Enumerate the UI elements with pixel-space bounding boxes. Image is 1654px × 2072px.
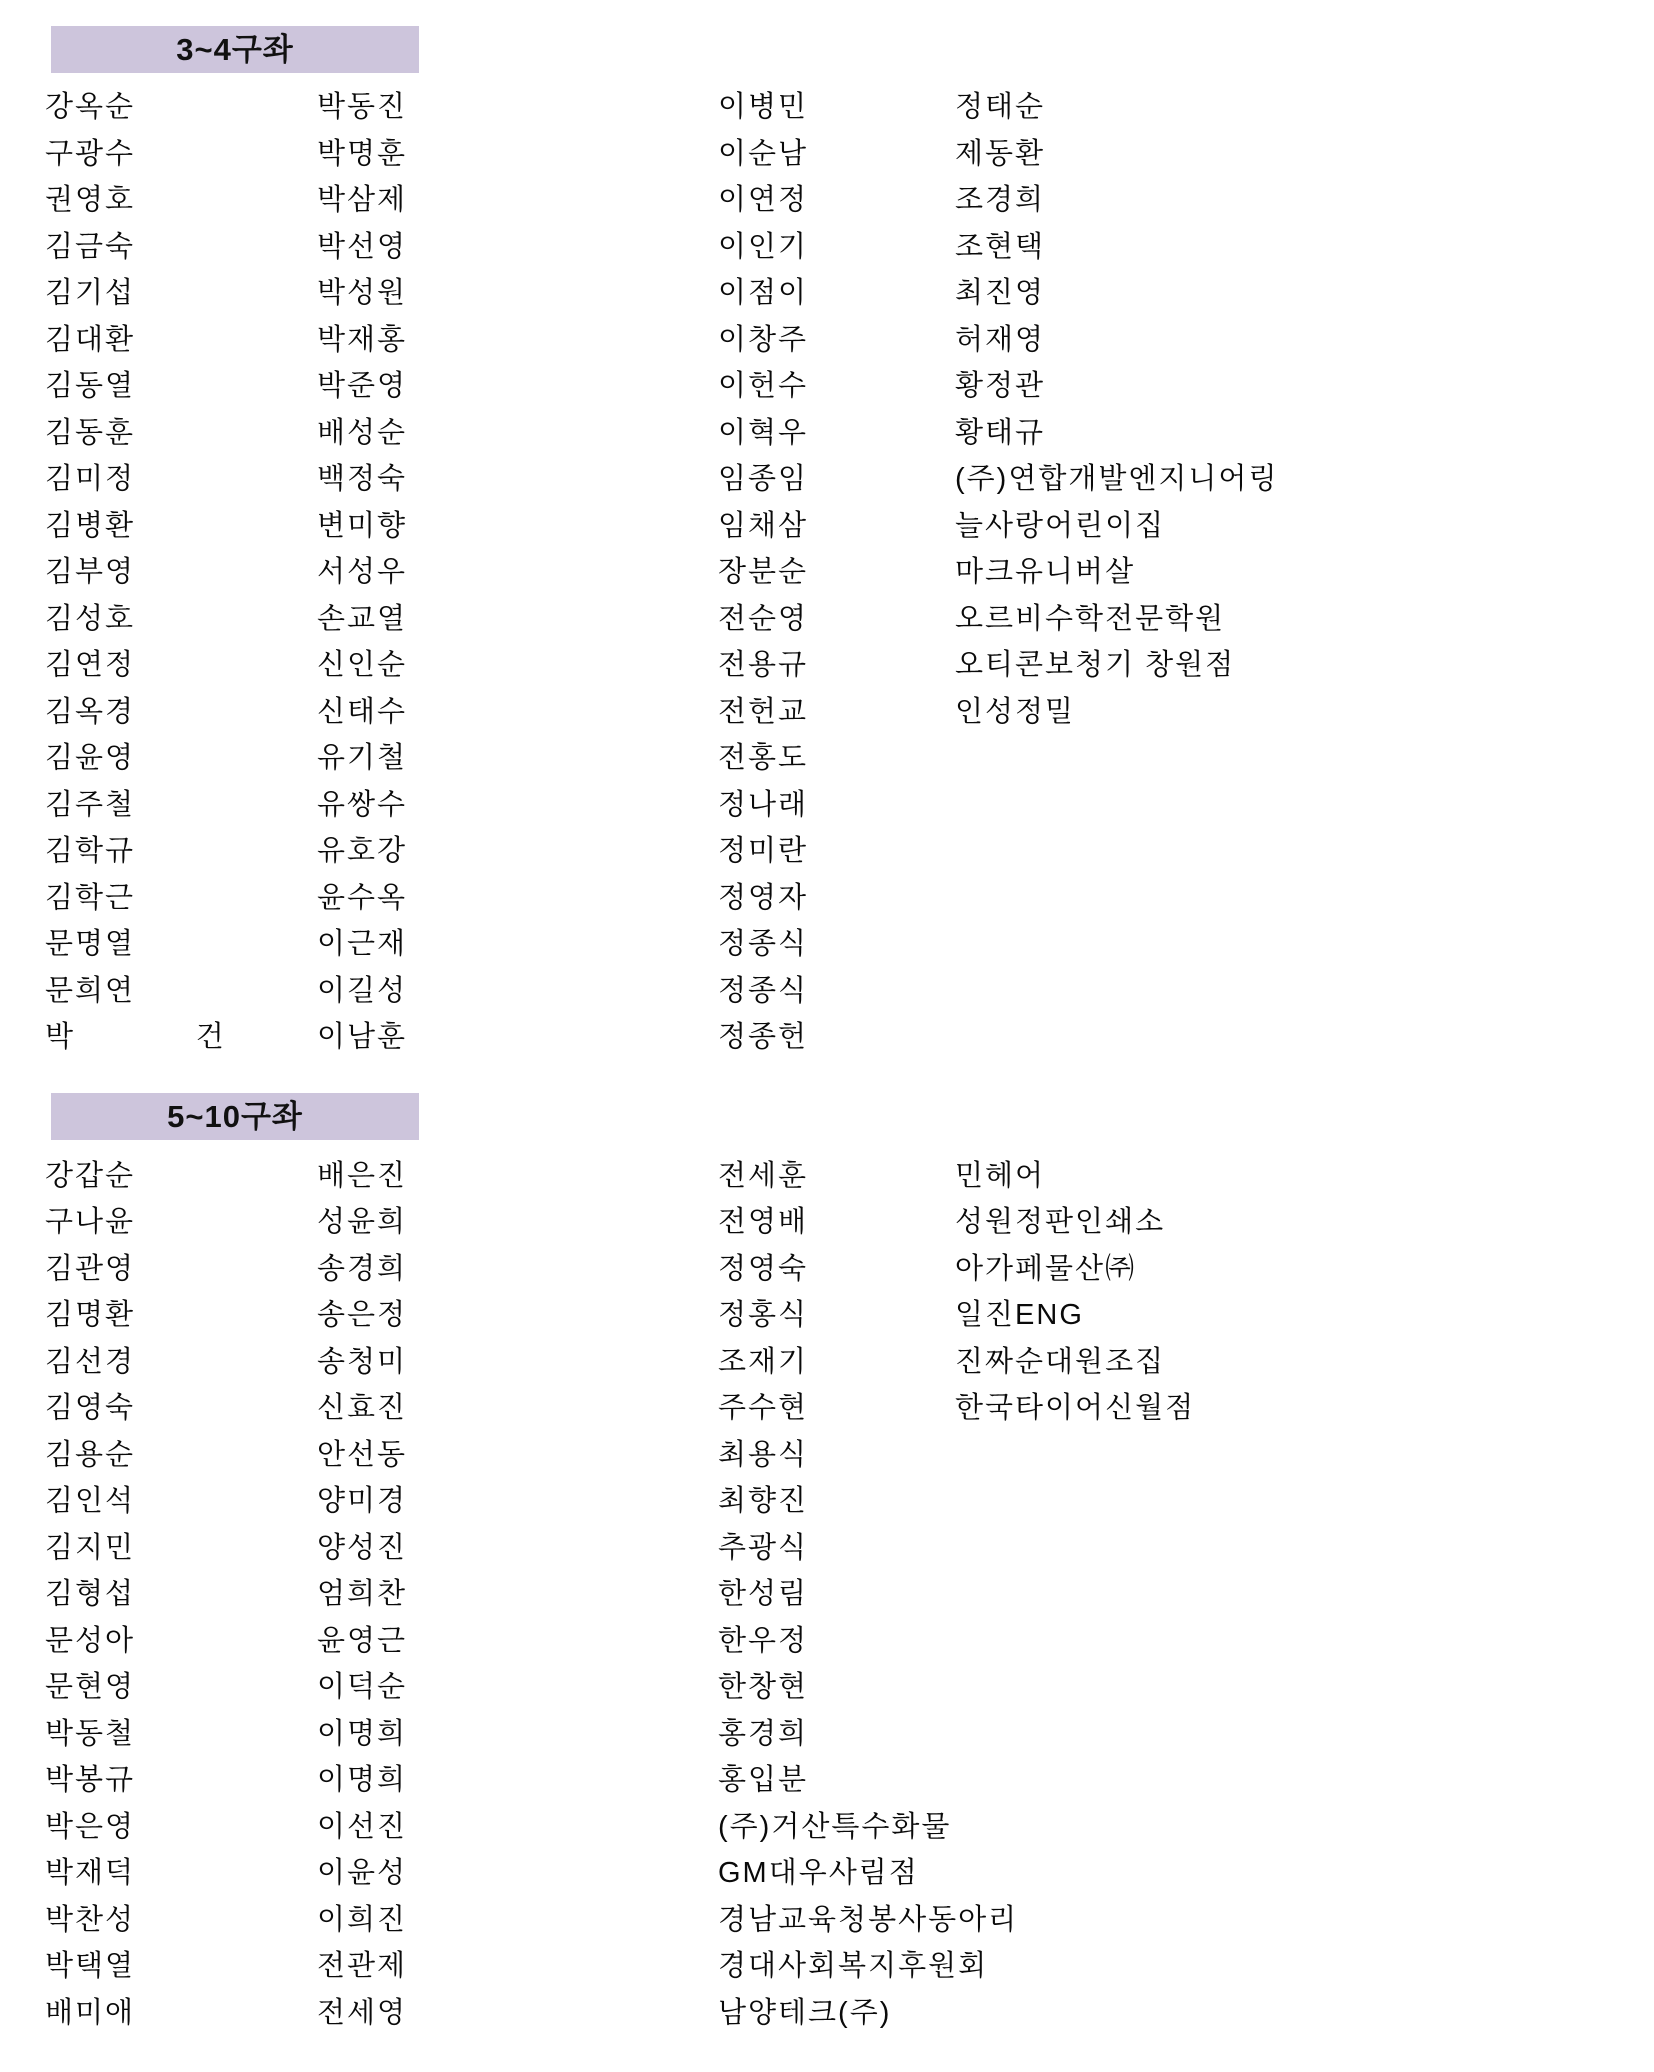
name-column-3: 전세훈전영배정영숙정홍식조재기주수현최용식최향진추광식한성림한우정한창현홍경희홍… (718, 1153, 955, 2037)
list-item-person-name: 박재덕 (45, 1850, 317, 1897)
list-item-person-name: 조재기 (718, 1339, 955, 1386)
list-item-person-name: 권영호 (45, 177, 317, 224)
list-item-person-name: 박성원 (317, 270, 718, 317)
list-item-person-name: 정영자 (718, 875, 955, 922)
list-item-person-name: 이근재 (317, 921, 718, 968)
list-item-person-name: 김미정 (45, 456, 317, 503)
list-item-person-name: 허재영 (955, 317, 1654, 364)
list-item-person-name: 전헌교 (718, 689, 955, 736)
list-item-person-name: (주)거산특수화물 (718, 1804, 955, 1851)
list-item-person-name: 김연정 (45, 642, 317, 689)
list-item-person-name: 배미애 (45, 1990, 317, 2037)
list-item-person-name: 홍경희 (718, 1711, 955, 1758)
list-item-person-name: 김형섭 (45, 1571, 317, 1618)
list-item-person-name: 박동진 (317, 84, 718, 131)
list-item-person-name: 배성순 (317, 410, 718, 457)
list-item-person-name: 아가페물산㈜ (955, 1246, 1654, 1293)
list-item-person-name: 한국타이어신월점 (955, 1385, 1654, 1432)
list-item-person-name: 김윤영 (45, 735, 317, 782)
list-item-person-name: 박 건 (45, 1014, 317, 1061)
list-item-person-name: 전홍도 (718, 735, 955, 782)
list-item-person-name: 이덕순 (317, 1664, 718, 1711)
list-item-person-name: 이점이 (718, 270, 955, 317)
list-item-person-name: 김주철 (45, 782, 317, 829)
list-item-person-name: 정나래 (718, 782, 955, 829)
list-item-person-name: 이윤성 (317, 1850, 718, 1897)
list-item-person-name: 김학규 (45, 828, 317, 875)
list-item-person-name: 배은진 (317, 1153, 718, 1200)
list-item-person-name: 성윤희 (317, 1199, 718, 1246)
list-item-person-name: 문현영 (45, 1664, 317, 1711)
list-item-person-name: 박선영 (317, 224, 718, 271)
list-item-person-name: 늘사랑어린이집 (955, 503, 1654, 550)
list-item-person-name: 김성호 (45, 596, 317, 643)
list-item-person-name: 안선동 (317, 1432, 718, 1479)
list-item-person-name: 임채삼 (718, 503, 955, 550)
list-item-person-name: 송청미 (317, 1339, 718, 1386)
list-item-person-name: 제동환 (955, 131, 1654, 178)
list-item-person-name: 유쌍수 (317, 782, 718, 829)
list-item-person-name: 문성아 (45, 1618, 317, 1665)
name-columns-5-10: 강갑순구나윤김관영김명환김선경김영숙김용순김인석김지민김형섭문성아문현영박동철박… (45, 1153, 1654, 2037)
name-column-1: 강갑순구나윤김관영김명환김선경김영숙김용순김인석김지민김형섭문성아문현영박동철박… (45, 1153, 317, 2037)
list-item-person-name: (주)연합개발엔지니어링 (955, 456, 1654, 503)
list-item-person-name: 구나윤 (45, 1199, 317, 1246)
list-item-person-name: 이남훈 (317, 1014, 718, 1061)
list-item-person-name: 이병민 (718, 84, 955, 131)
list-item-person-name: 김병환 (45, 503, 317, 550)
list-item-person-name: 김명환 (45, 1292, 317, 1339)
list-item-person-name: 일진ENG (955, 1292, 1654, 1339)
list-item-person-name: 문희연 (45, 968, 317, 1015)
list-item-person-name: 서성우 (317, 549, 718, 596)
list-item-person-name: 문명열 (45, 921, 317, 968)
list-item-person-name: 인성정밀 (955, 689, 1654, 736)
list-item-person-name: 최진영 (955, 270, 1654, 317)
list-item-person-name: 손교열 (317, 596, 718, 643)
list-item-person-name: 김인석 (45, 1478, 317, 1525)
section-header-5-10-accounts: 5~10구좌 (51, 1093, 419, 1140)
list-item-person-name: 신태수 (317, 689, 718, 736)
list-item-person-name: 이희진 (317, 1897, 718, 1944)
list-item-person-name: 조경희 (955, 177, 1654, 224)
list-item-person-name: 정종헌 (718, 1014, 955, 1061)
list-item-person-name: 박동철 (45, 1711, 317, 1758)
list-item-person-name: 윤수옥 (317, 875, 718, 922)
list-item-person-name: 김기섭 (45, 270, 317, 317)
list-item-person-name: 정종식 (718, 921, 955, 968)
list-item-person-name: 신효진 (317, 1385, 718, 1432)
list-item-person-name: 김대환 (45, 317, 317, 364)
list-item-person-name: 박명훈 (317, 131, 718, 178)
list-item-person-name: 이헌수 (718, 363, 955, 410)
list-item-person-name: 유기철 (317, 735, 718, 782)
list-item-person-name: 전순영 (718, 596, 955, 643)
list-item-person-name: 박봉규 (45, 1757, 317, 1804)
list-item-person-name: 정종식 (718, 968, 955, 1015)
list-item-person-name: 한창현 (718, 1664, 955, 1711)
list-item-person-name: 홍입분 (718, 1757, 955, 1804)
list-item-person-name: 이연정 (718, 177, 955, 224)
list-item-person-name: 강옥순 (45, 84, 317, 131)
list-item-person-name: 전용규 (718, 642, 955, 689)
list-item-person-name: 최향진 (718, 1478, 955, 1525)
list-item-person-name: 장분순 (718, 549, 955, 596)
list-item-person-name: 이선진 (317, 1804, 718, 1851)
name-column-2: 배은진성윤희송경희송은정송청미신효진안선동양미경양성진엄희찬윤영근이덕순이명희이… (317, 1153, 718, 2037)
list-item-person-name: 전관제 (317, 1943, 718, 1990)
list-item-person-name: GM대우사림점 (718, 1850, 955, 1897)
list-item-person-name: 박은영 (45, 1804, 317, 1851)
list-item-person-name: 성원정판인쇄소 (955, 1199, 1654, 1246)
name-column-2: 박동진박명훈박삼제박선영박성원박재홍박준영배성순백정숙변미향서성우손교열신인순신… (317, 84, 718, 1061)
list-item-person-name: 강갑순 (45, 1153, 317, 1200)
list-item-person-name: 박택열 (45, 1943, 317, 1990)
list-item-person-name: 박찬성 (45, 1897, 317, 1944)
list-item-person-name: 오르비수학전문학원 (955, 596, 1654, 643)
list-item-person-name: 경대사회복지후원회 (718, 1943, 955, 1990)
list-item-person-name: 남양테크(주) (718, 1990, 955, 2037)
list-item-person-name: 전영배 (718, 1199, 955, 1246)
list-item-person-name: 김학근 (45, 875, 317, 922)
list-item-person-name: 박준영 (317, 363, 718, 410)
donor-name-list-page: 3~4구좌 강옥순구광수권영호김금숙김기섭김대환김동열김동훈김미정김병환김부영김… (0, 0, 1654, 2072)
list-item-person-name: 변미향 (317, 503, 718, 550)
list-item-person-name: 추광식 (718, 1525, 955, 1572)
list-item-person-name: 김옥경 (45, 689, 317, 736)
list-item-person-name: 이명희 (317, 1711, 718, 1758)
list-item-person-name: 김금숙 (45, 224, 317, 271)
list-item-person-name: 이명희 (317, 1757, 718, 1804)
list-item-person-name: 이혁우 (718, 410, 955, 457)
list-item-person-name: 황정관 (955, 363, 1654, 410)
list-item-person-name: 김동훈 (45, 410, 317, 457)
list-item-person-name: 마크유니버살 (955, 549, 1654, 596)
name-column-1: 강옥순구광수권영호김금숙김기섭김대환김동열김동훈김미정김병환김부영김성호김연정김… (45, 84, 317, 1061)
list-item-person-name: 오티콘보청기 창원점 (955, 642, 1654, 689)
list-item-person-name: 송은정 (317, 1292, 718, 1339)
list-item-person-name: 김영숙 (45, 1385, 317, 1432)
list-item-person-name: 민헤어 (955, 1153, 1654, 1200)
list-item-person-name: 윤영근 (317, 1618, 718, 1665)
list-item-person-name: 정홍식 (718, 1292, 955, 1339)
list-item-person-name: 정영숙 (718, 1246, 955, 1293)
list-item-person-name: 한우정 (718, 1618, 955, 1665)
list-item-person-name: 박재홍 (317, 317, 718, 364)
list-item-person-name: 송경희 (317, 1246, 718, 1293)
list-item-person-name: 김지민 (45, 1525, 317, 1572)
list-item-person-name: 양미경 (317, 1478, 718, 1525)
section-5-10-accounts: 5~10구좌 강갑순구나윤김관영김명환김선경김영숙김용순김인석김지민김형섭문성아… (0, 1093, 1654, 2037)
list-item-person-name: 김동열 (45, 363, 317, 410)
list-item-person-name: 신인순 (317, 642, 718, 689)
section-header-3-4-accounts: 3~4구좌 (51, 26, 419, 73)
list-item-person-name: 양성진 (317, 1525, 718, 1572)
list-item-person-name: 정미란 (718, 828, 955, 875)
list-item-person-name: 유호강 (317, 828, 718, 875)
list-item-person-name: 김관영 (45, 1246, 317, 1293)
list-item-person-name: 김부영 (45, 549, 317, 596)
list-item-person-name: 이인기 (718, 224, 955, 271)
list-item-person-name: 조현택 (955, 224, 1654, 271)
list-item-person-name: 이창주 (718, 317, 955, 364)
list-item-person-name: 김용순 (45, 1432, 317, 1479)
list-item-person-name: 진짜순대원조집 (955, 1339, 1654, 1386)
name-column-4: 정태순제동환조경희조현택최진영허재영황정관황태규(주)연합개발엔지니어링늘사랑어… (955, 84, 1654, 735)
list-item-person-name: 엄희찬 (317, 1571, 718, 1618)
list-item-person-name: 박삼제 (317, 177, 718, 224)
list-item-person-name: 주수현 (718, 1385, 955, 1432)
section-3-4-accounts: 3~4구좌 강옥순구광수권영호김금숙김기섭김대환김동열김동훈김미정김병환김부영김… (0, 26, 1654, 1061)
list-item-person-name: 이길성 (317, 968, 718, 1015)
list-item-person-name: 구광수 (45, 131, 317, 178)
list-item-person-name: 김선경 (45, 1339, 317, 1386)
list-item-person-name: 백정숙 (317, 456, 718, 503)
name-columns-3-4: 강옥순구광수권영호김금숙김기섭김대환김동열김동훈김미정김병환김부영김성호김연정김… (45, 84, 1654, 1061)
list-item-person-name: 경남교육청봉사동아리 (718, 1897, 955, 1944)
name-column-3: 이병민이순남이연정이인기이점이이창주이헌수이혁우임종임임채삼장분순전순영전용규전… (718, 84, 955, 1061)
list-item-person-name: 전세훈 (718, 1153, 955, 1200)
name-column-4: 민헤어성원정판인쇄소아가페물산㈜일진ENG진짜순대원조집한국타이어신월점 (955, 1153, 1654, 1432)
list-item-person-name: 한성림 (718, 1571, 955, 1618)
list-item-person-name: 임종임 (718, 456, 955, 503)
list-item-person-name: 최용식 (718, 1432, 955, 1479)
list-item-person-name: 정태순 (955, 84, 1654, 131)
list-item-person-name: 전세영 (317, 1990, 718, 2037)
list-item-person-name: 황태규 (955, 410, 1654, 457)
list-item-person-name: 이순남 (718, 131, 955, 178)
